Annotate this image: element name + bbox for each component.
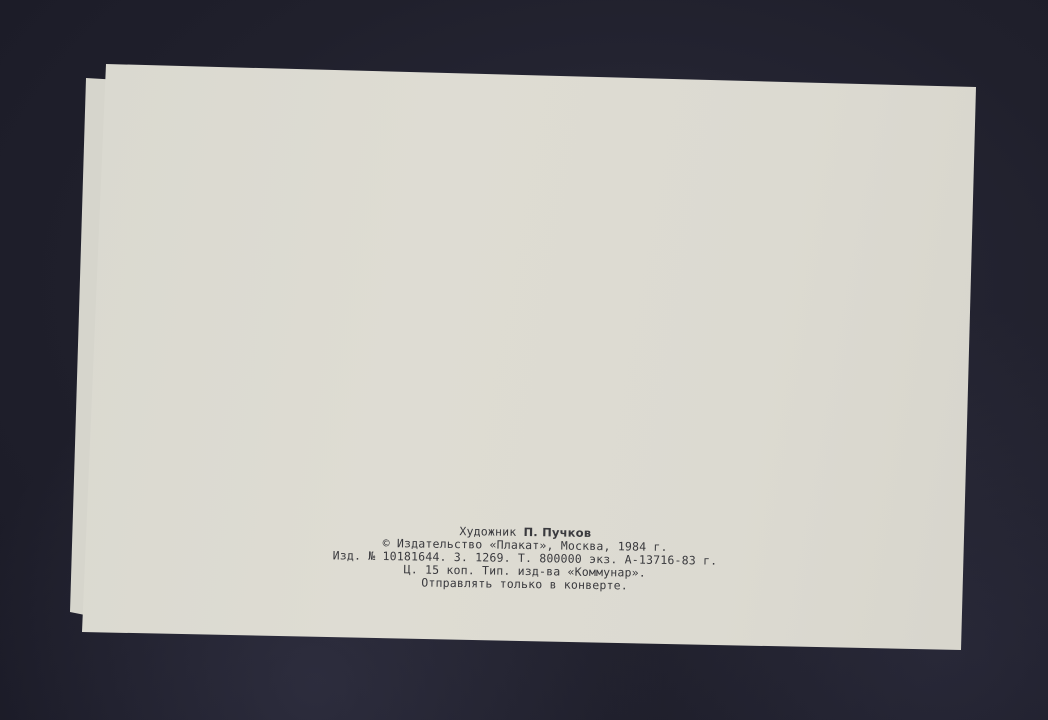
publisher-imprint: Художник П. Пучков © Издательство «Плака…: [270, 522, 781, 594]
postcard-back: [0, 0, 1048, 720]
